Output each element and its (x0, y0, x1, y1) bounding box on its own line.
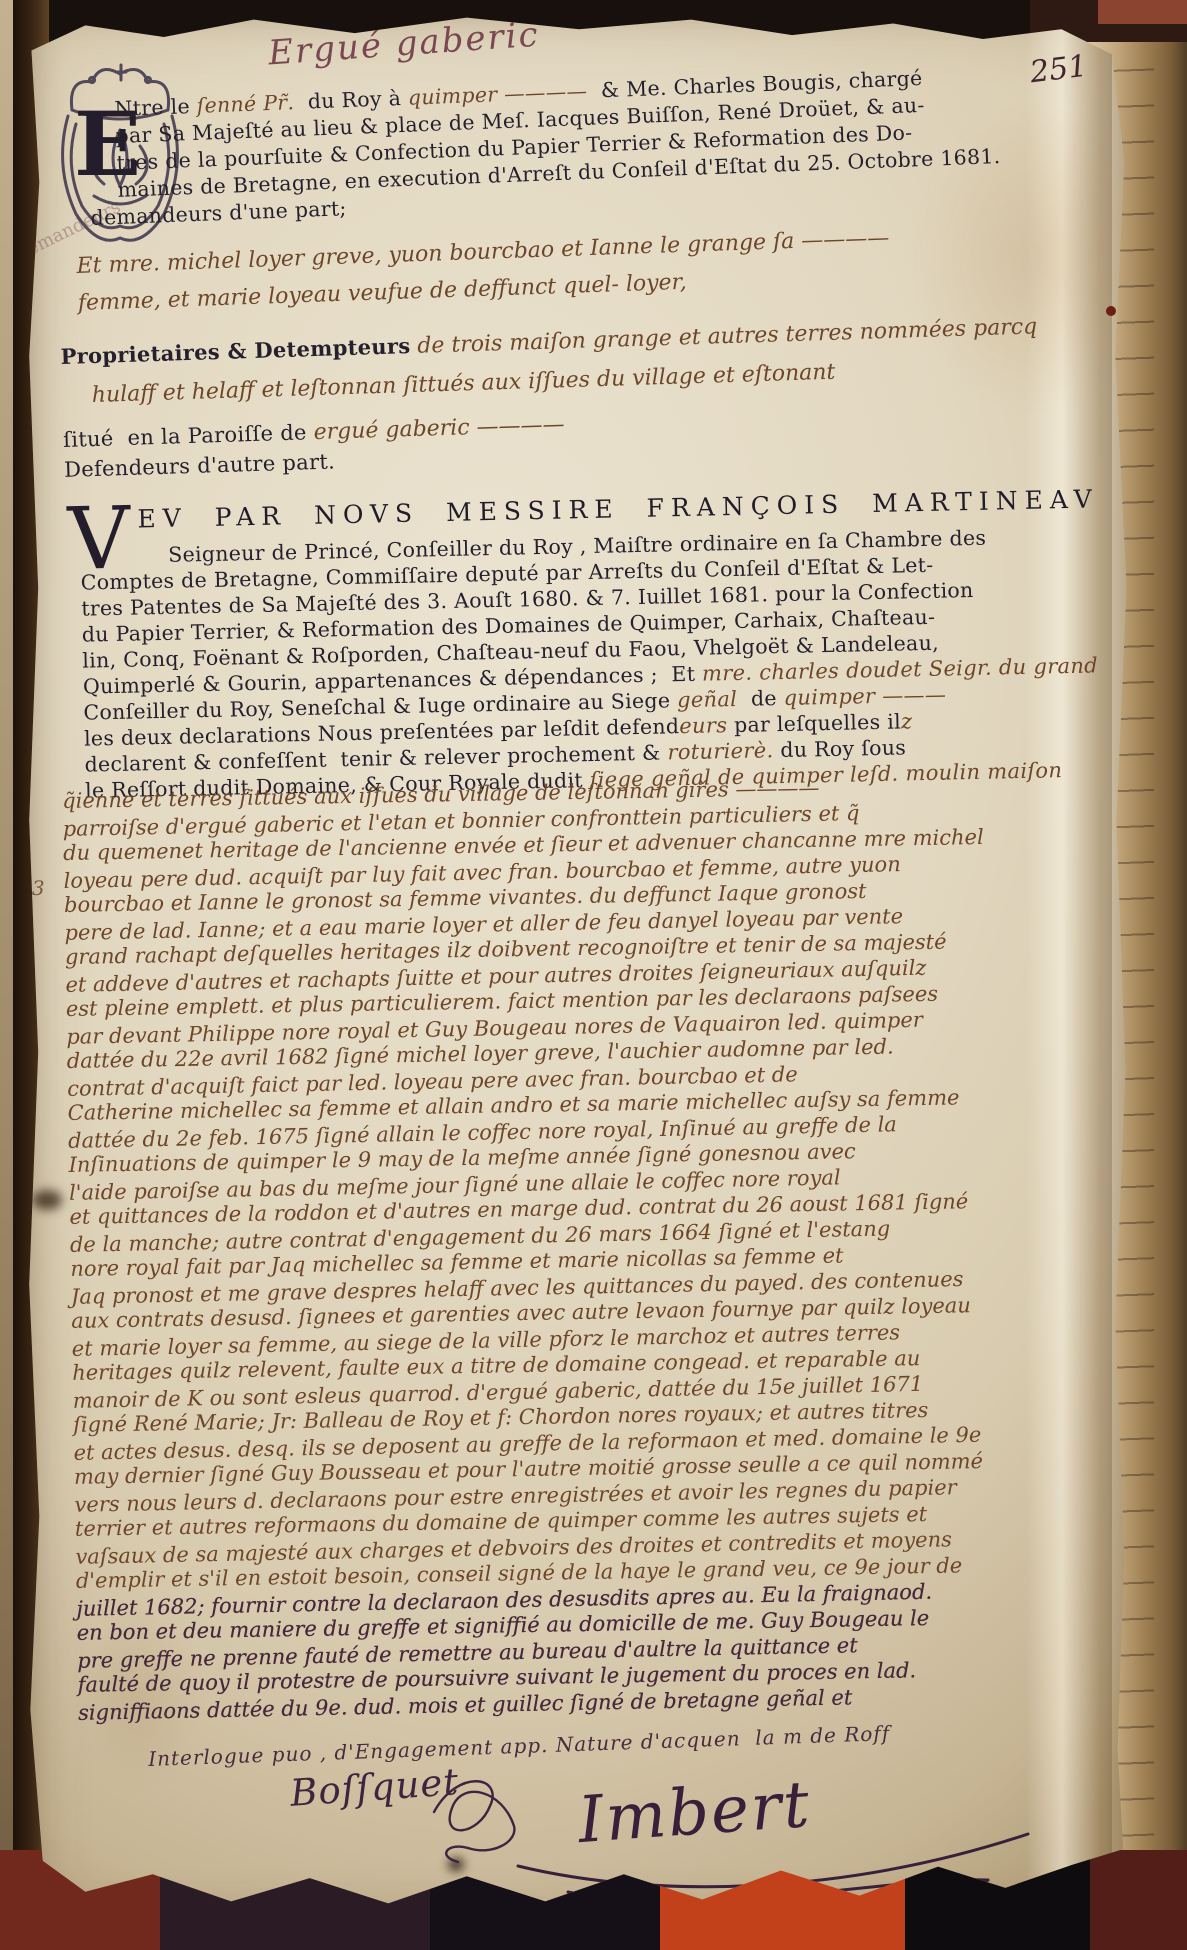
handwritten-fill: ſenné Pr̃. (196, 90, 301, 118)
handwritten-insert: Et mre. michel loyer greve, yuon bourcba… (76, 220, 891, 322)
defendeurs-line: Defendeurs d'autre part. (64, 449, 336, 482)
printed-paragraph-2: V EV PAR NOVS MESSIRE FRANÇOIS MARTINEAV… (63, 475, 1149, 788)
printed-text: & confeſſent (186, 747, 334, 774)
photo-backdrop: Ergué gaberic 251 demandeurs E (0, 0, 1187, 1950)
printed-text: de (744, 686, 784, 711)
printed-text: Ntre le (114, 94, 197, 121)
printed-text: du Roy à (301, 86, 409, 114)
header-title: Ergué gaberic (267, 15, 541, 74)
backdrop-top-right-red (1098, 0, 1187, 24)
printed-text: ſitué en la Paroiſſe de (63, 420, 314, 452)
handwritten-fill: quimper ——— (783, 683, 946, 710)
handwritten-fill: eurs (679, 713, 727, 738)
printed-text: du Roy ſous (780, 735, 906, 762)
handwritten-fill: z (901, 709, 913, 733)
manuscript-body: q̃ienne et terres ſittués aux iſſues du … (62, 769, 1187, 1724)
manuscript-page: Ergué gaberic 251 demandeurs E (18, 8, 1140, 1942)
proprietaires-label: Proprietaires & Detempteurs (60, 333, 411, 369)
folio-number: 251 (1028, 49, 1089, 91)
handwritten-fill: roturierè. (660, 738, 780, 765)
handwritten-fill: geñal (677, 687, 745, 712)
printed-text: par leſquelles il (727, 710, 901, 738)
backdrop-red-right (1090, 1850, 1187, 1950)
ink-spot (1106, 306, 1116, 316)
printed-paragraph-1: Ntre le ſenné Pr̃. du Roy à quimper ————… (114, 62, 1002, 231)
printed-text: declarent (84, 750, 186, 776)
situe-line: ſitué en la Paroiſſe de ergué gaberic ——… (63, 412, 565, 453)
handwritten-fill: ergué gaberic ———— (313, 412, 565, 445)
ink-blot (32, 1190, 62, 1210)
handwritten-line: hulaff et helaff et leſtonnan ſittués au… (91, 360, 835, 408)
proprietaires-line: Proprietaires & Detempteurs de trois mai… (60, 313, 1037, 370)
